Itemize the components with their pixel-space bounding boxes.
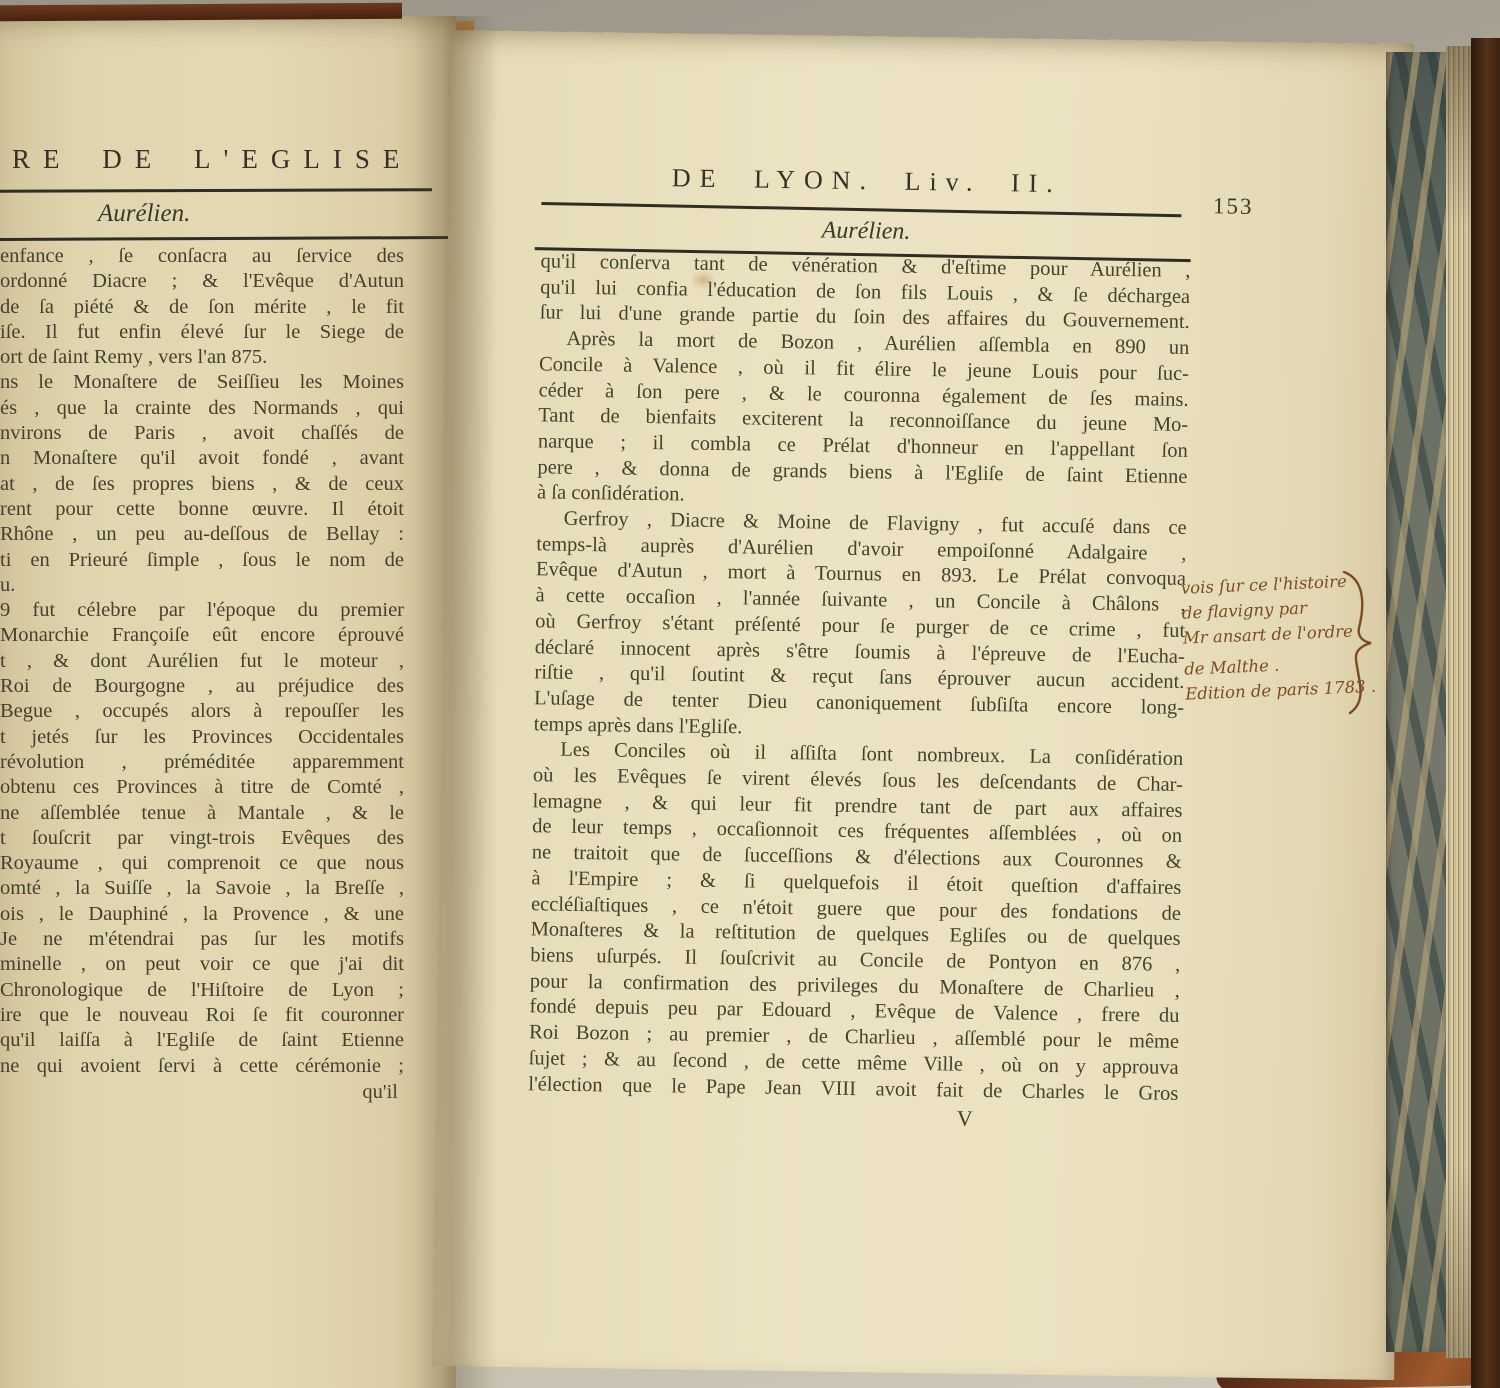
text-line: Rhône , un peu au-deſſous de Bellay :	[0, 522, 404, 547]
text-line: Je ne m'étendrai pas ſur les motifs	[0, 927, 404, 952]
text-line: qu'il laiſſa à l'Egliſe de ſaint Etienne	[0, 1028, 404, 1053]
text-line: Roi de Bourgogne , au préjudice des	[0, 674, 404, 699]
text-line: iſe. Il fut enfin élevé ſur le Siege de	[0, 320, 404, 345]
right-page-text: qu'il conſerva tant de vénération & d'eſ…	[528, 249, 1191, 1134]
paragraph: Les Conciles où il aſſiſta ſont nombreux…	[528, 738, 1183, 1107]
text-line: ti en Prieuré ſimple , ſous le nom de	[0, 548, 404, 573]
left-page-header: RE DE L'EGLISE Aurélien.	[0, 144, 440, 240]
text-line: minelle , on peut voir ce que j'ai dit	[0, 952, 404, 977]
text-line: rent pour cette bonne œuvre. Il étoit	[0, 497, 404, 522]
catchword: qu'il	[0, 1080, 398, 1105]
left-page-text: enfance , ſe conſacra au ſervice desordo…	[0, 244, 404, 1105]
text-line: obtenu ces Provinces à titre de Comté ,	[0, 775, 404, 800]
marbled-fore-edge	[1386, 52, 1448, 1352]
right-running-head: Aurélien.	[541, 213, 1191, 250]
text-line: t jetés ſur les Provinces Occidentales	[0, 725, 404, 750]
text-line: ns le Monaſtere de Seiſſieu les Moines	[0, 370, 404, 395]
text-line: ois , le Dauphiné , la Provence , & une	[0, 902, 404, 927]
text-line: omté , la Suiſſe , la Savoie , la Breſſe…	[0, 876, 404, 901]
text-line: 9 fut célebre par l'époque du premier	[0, 598, 404, 623]
binding-edge-strip	[0, 3, 402, 21]
text-line: u.	[0, 573, 404, 598]
marginalia-brace	[1340, 566, 1376, 718]
left-page: RE DE L'EGLISE Aurélien. enfance , ſe co…	[0, 16, 456, 1388]
text-line: nvirons de Paris , avoit chaſſés de	[0, 421, 404, 446]
right-page-header: DE LYON. Liv. II. 153 Aurélien.	[541, 161, 1192, 261]
text-line: ne aſſemblée tenue à Mantale , & le	[0, 801, 404, 826]
right-page: DE LYON. Liv. II. 153 Aurélien. qu'il co…	[432, 30, 1414, 1380]
text-line: Chronologique de l'Hiſtoire de Lyon ;	[0, 978, 404, 1003]
text-line: de ſa piété & de ſon mérite , le fit	[0, 295, 404, 320]
text-line: t , & dont Aurélien fut le moteur ,	[0, 649, 404, 674]
text-line: révolution , préméditée apparemment	[0, 750, 404, 775]
text-line: n Monaſtere qu'il avoit fondé , avant	[0, 446, 404, 471]
text-line: Begue , occupés alors à repouſſer les	[0, 699, 404, 724]
page-edges	[1446, 46, 1473, 1358]
text-line: t ſouſcrit par vingt-trois Evêques des	[0, 826, 404, 851]
paragraph: Après la mort de Bozon , Aurélien aſſemb…	[537, 326, 1190, 516]
leather-cover	[1471, 38, 1500, 1388]
page-number: 153	[1213, 193, 1254, 220]
left-header-title: RE DE L'EGLISE	[0, 144, 440, 175]
text-line: ort de ſaint Remy , vers l'an 875.	[0, 345, 404, 370]
paragraph: Gerfroy , Diacre & Moine de Flavigny , f…	[534, 506, 1187, 747]
handwritten-note: vois ſur ce l'histoirede flavigny parMr …	[1180, 568, 1361, 706]
header-rule	[0, 236, 448, 241]
book-photo: RE DE L'EGLISE Aurélien. enfance , ſe co…	[0, 0, 1500, 1388]
text-line: Monarchie Françoiſe eût encore éprouvé	[0, 623, 404, 648]
text-line: ne qui avoient ſervi à cette cérémonie ;	[0, 1054, 404, 1079]
left-running-head: Aurélien.	[0, 200, 440, 228]
header-rule	[0, 188, 432, 193]
signature-mark: V	[528, 1099, 1500, 1141]
right-header-title: DE LYON. Liv. II.	[542, 161, 1192, 201]
text-line: enfance , ſe conſacra au ſervice des	[0, 244, 404, 269]
text-line: ordonné Diacre ; & l'Evêque d'Autun	[0, 269, 404, 294]
text-line: és , que la crainte des Normands , qui	[0, 396, 404, 421]
paragraph: qu'il conſerva tant de vénération & d'eſ…	[540, 249, 1191, 336]
text-line: Royaume , qui comprenoit ce que nous	[0, 851, 404, 876]
text-line: at , de ſes propres biens , & de ceux	[0, 472, 404, 497]
text-line: ire que le nouveau Roi ſe fit couronner	[0, 1003, 404, 1028]
